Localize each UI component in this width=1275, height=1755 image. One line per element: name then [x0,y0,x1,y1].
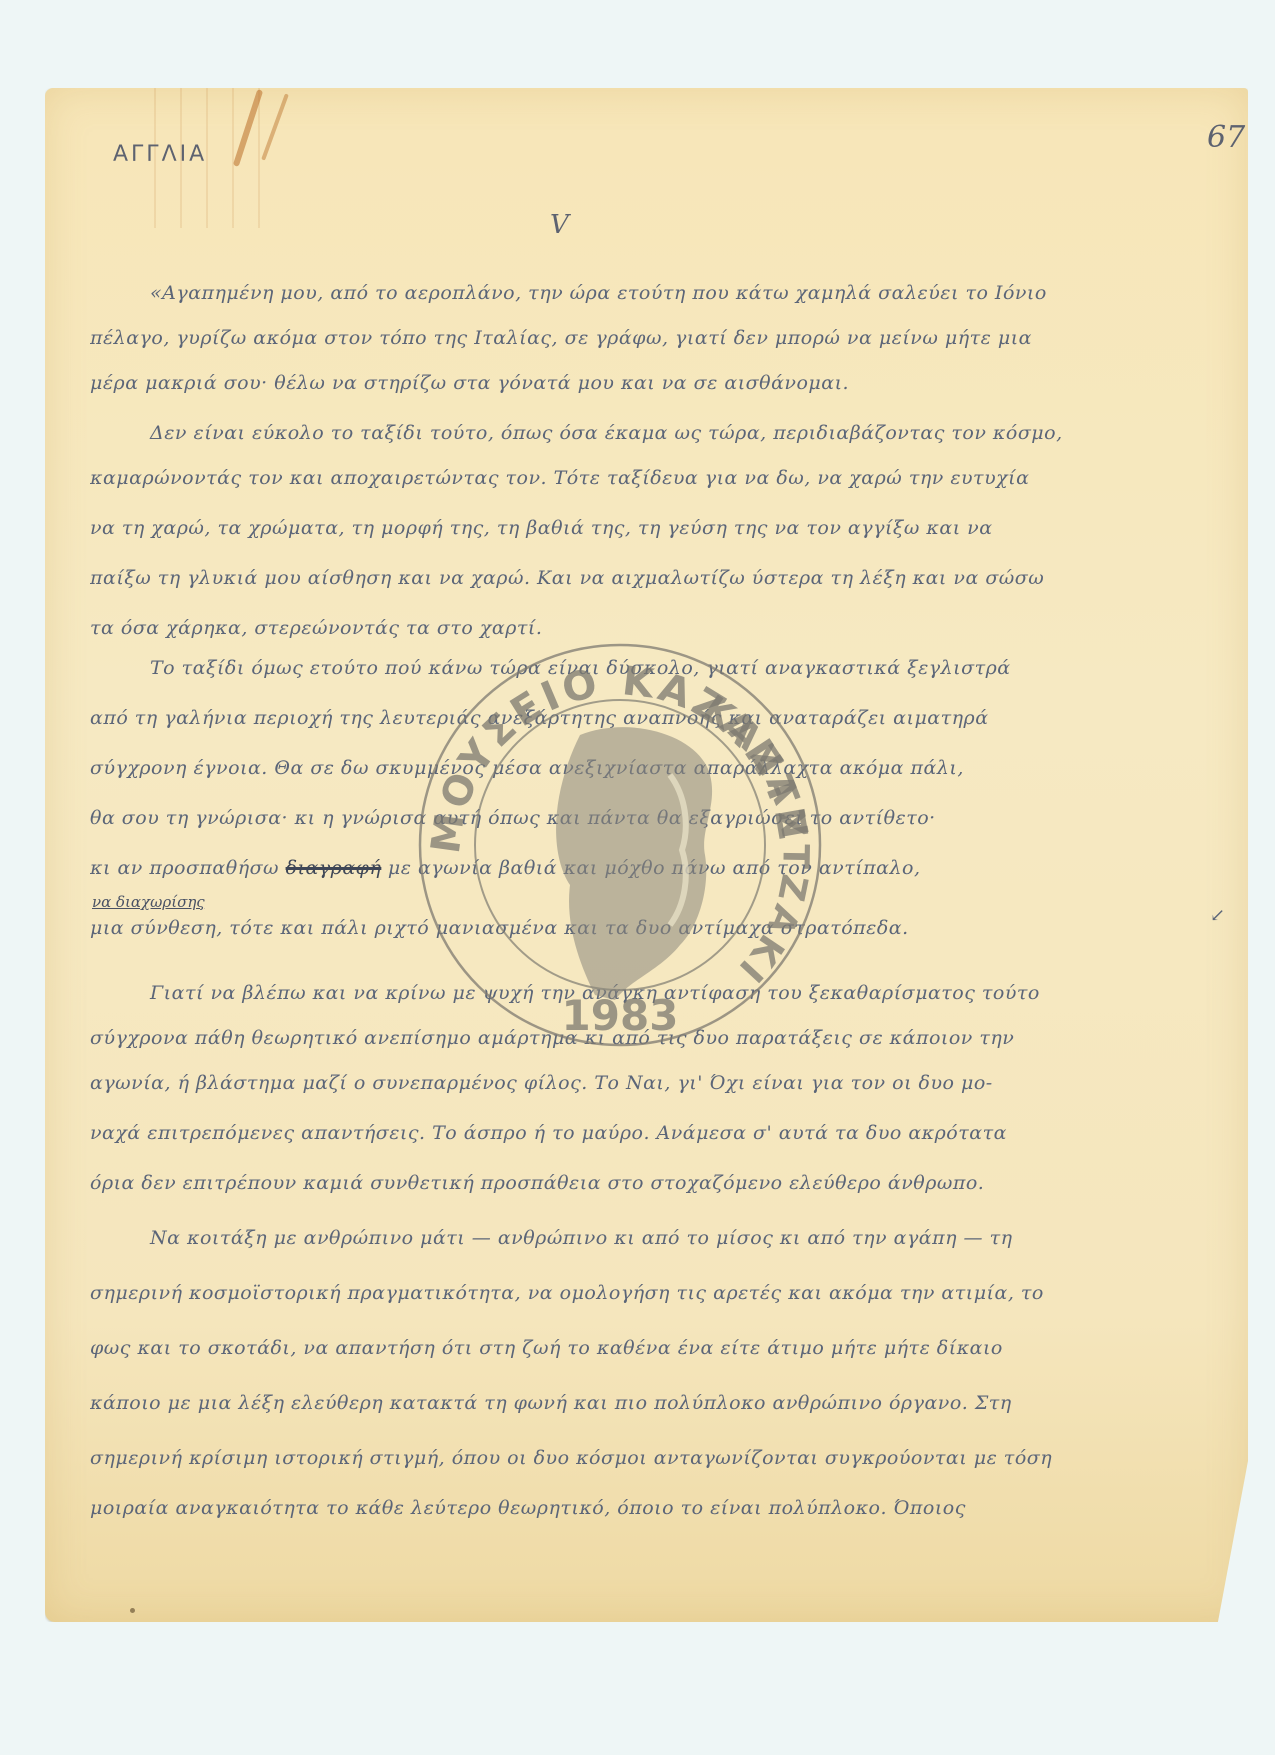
text-line: μια σύνθεση, τότε και πάλι ριχτό μανιασμ… [90,917,1230,939]
text-line: από τη γαλήνια περιοχή της λευτεριάς ανε… [90,707,1230,729]
text-line: όρια δεν επιτρέπουν καμιά συνθετική προσ… [90,1172,1230,1194]
text-line: σύγχρονα πάθη θεωρητικό ανεπίσημο αμάρτη… [90,1027,1230,1049]
text-line: Το ταξίδι όμως ετούτο πού κάνω τώρα είνα… [90,657,1230,679]
text-line: παίξω τη γλυκιά μου αίσθηση και να χαρώ.… [90,567,1230,589]
text-line: σημερινή κρίσιμη ιστορική στιγμή, όπου ο… [90,1447,1230,1469]
text-line: Να κοιτάξη με ανθρώπινο μάτι — ανθρώπινο… [90,1227,1230,1249]
paper-spot [130,1608,135,1613]
text-line: σύγχρονη έγνοια. Θα σε δω σκυμμένος μέσα… [90,757,1230,779]
margin-insertion: να διαχωρίσης [92,893,205,911]
text-line: καμαρώνοντάς τον και αποχαιρετώντας τον.… [90,467,1230,489]
text-line: Γιατί να βλέπω και να κρίνω με ψυχή την … [90,982,1230,1004]
text-line: Δεν είναι εύκολο το ταξίδι τούτο, όπως ό… [90,422,1230,444]
header-word: ΑΓΓΛΙΑ [113,142,207,167]
text-line: μοιραία αναγκαιότητα το κάθε λεύτερο θεω… [90,1497,1230,1519]
text-line: κι αν προσπαθήσω διαγραφή με αγωνία βαθι… [90,857,1230,879]
text-line: ναχά επιτρεπόμενες απαντήσεις. Το άσπρο … [90,1122,1230,1144]
text-line: τα όσα χάρηκα, στερεώνοντάς τα στο χαρτί… [90,617,1230,639]
text-line: «Αγαπημένη μου, από το αεροπλάνο, την ώρ… [90,282,1230,304]
section-number: V [550,210,569,240]
text-line: να τη χαρώ, τα χρώματα, τη μορφή της, τη… [90,517,1230,539]
text-line: αγωνία, ή βλάστημα μαζί ο συνεπαρμένος φ… [90,1072,1230,1094]
text-line: φως και το σκοτάδι, να απαντήση ότι στη … [90,1337,1230,1359]
text-line: μέρα μακριά σου· θέλω να στηρίζω στα γόν… [90,372,1230,394]
strikethrough-word: διαγραφή [286,857,382,879]
text-line: κάποιο με μια λέξη ελεύθερη κατακτά τη φ… [90,1392,1230,1414]
text-line: θα σου τη γνώρισα· κι η γνώρισα αυτή όπω… [90,807,1230,829]
text-line: πέλαγο, γυρίζω ακόμα στον τόπο της Ιταλί… [90,327,1230,349]
text-line: σημερινή κοσμοϊστορική πραγματικότητα, ν… [90,1282,1230,1304]
page-number: 67 [1207,120,1245,155]
